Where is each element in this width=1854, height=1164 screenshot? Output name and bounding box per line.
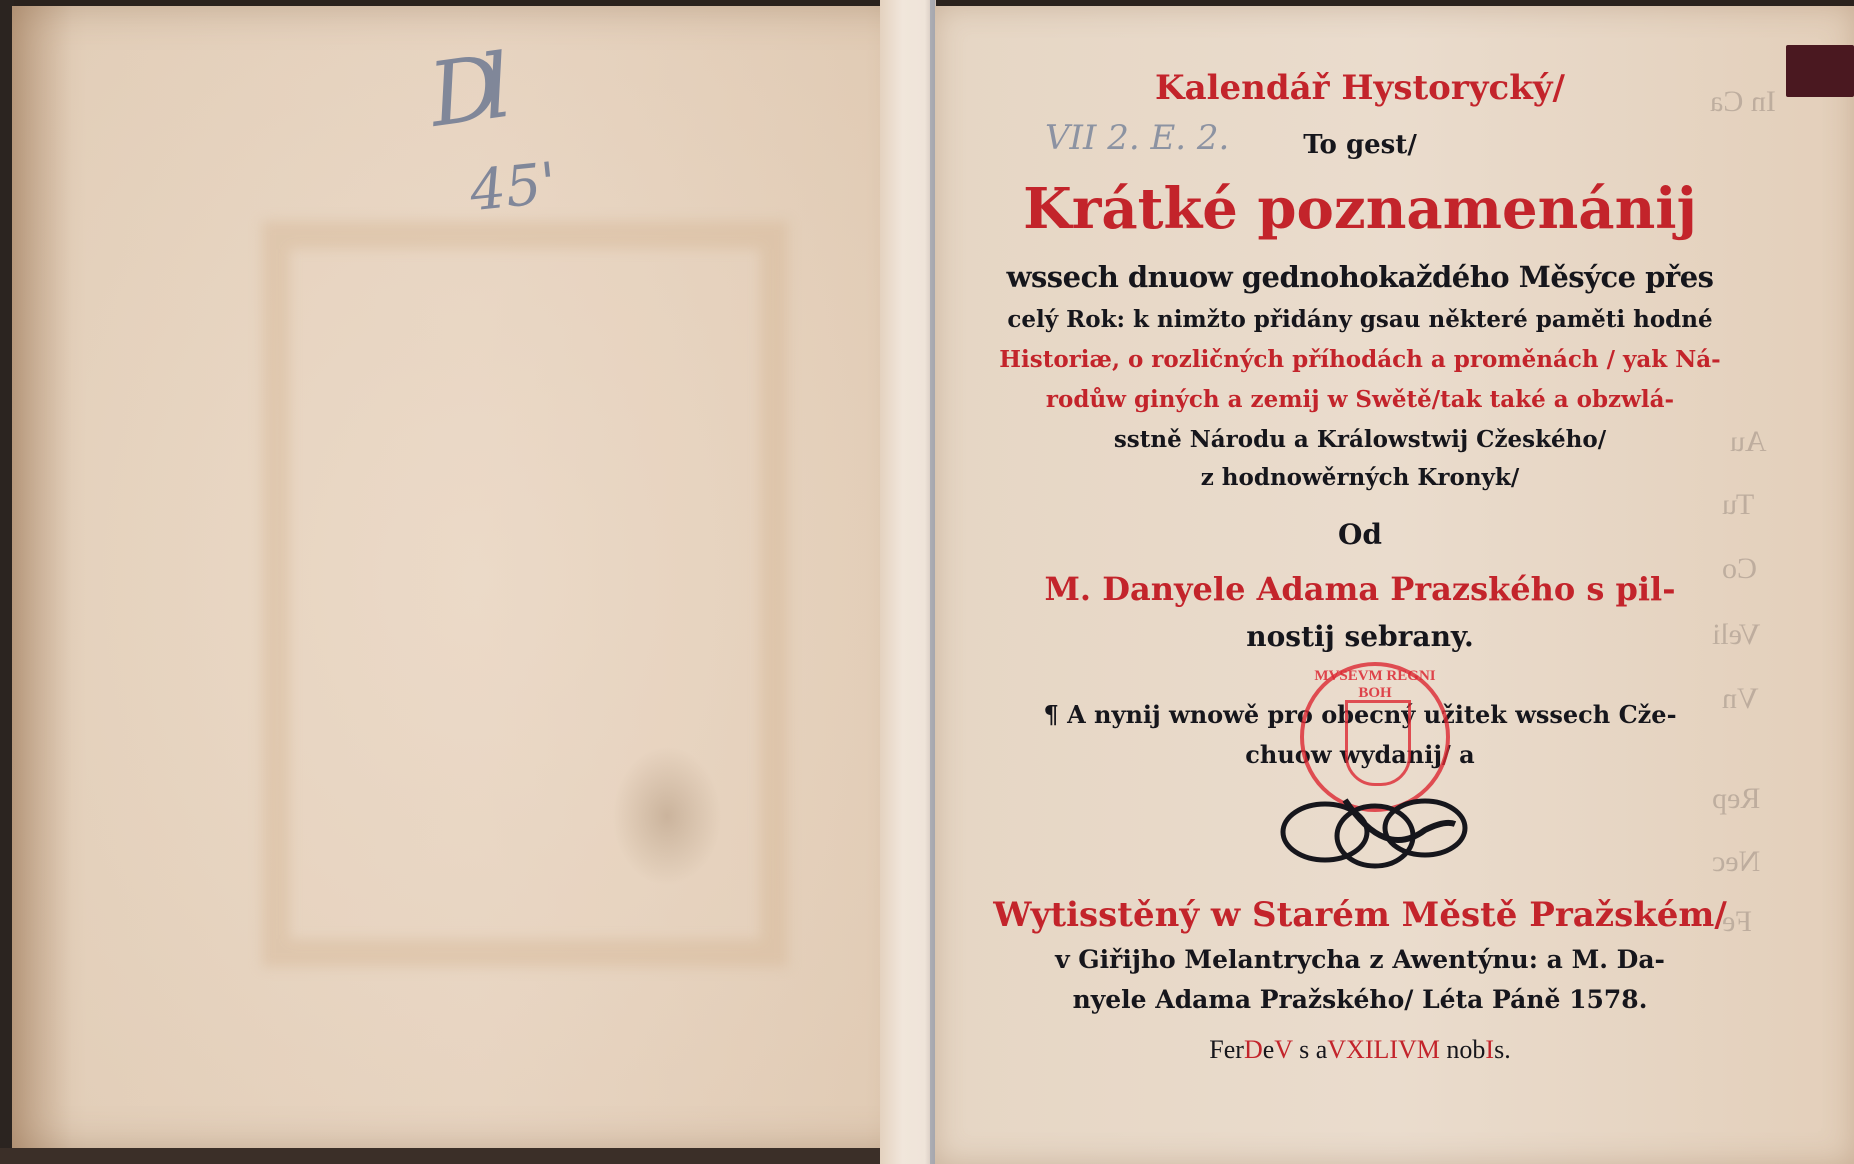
imprint-line-2: v Giřijho Melantrycha z Awentýnu: a M. D…	[960, 945, 1760, 974]
stain-blot	[612, 746, 722, 886]
author-line: M. Danyele Adama Prazského s pil-	[960, 570, 1760, 608]
motto-part: s.	[1494, 1035, 1511, 1064]
imprint-line-1: Wytisstěný w Starém Městě Pražském/	[960, 895, 1760, 935]
title-line-7: rodůw giných a zemij w Swětě/tak také a …	[960, 386, 1760, 413]
title-line-6: Historiæ, o rozličných příhodách a promě…	[960, 346, 1760, 373]
museum-stamp-text: MVSEVM REGNI BOH	[1310, 668, 1440, 702]
title-line-5: celý Rok: k nimžto přidány gsau některé …	[960, 306, 1760, 333]
title-line-od: Od	[960, 518, 1760, 551]
title-line-8: sstně Národu a Králowstwij Cžeského/	[960, 426, 1760, 453]
bleed-through-text: Rep	[1712, 782, 1760, 816]
title-line-4: wssech dnuow gednohokaždého Měsýce přes	[960, 260, 1760, 294]
gutter	[880, 0, 936, 1164]
title-line-to-gest: To gest/	[960, 130, 1760, 160]
bleed-through-text: Nec	[1712, 845, 1760, 879]
book-spread: Dl 45' In Ca Au Tu Co Veli Vn Rep Nec Fe…	[0, 0, 1854, 1164]
motto-part: e	[1263, 1035, 1275, 1064]
motto-part: Fer	[1209, 1035, 1244, 1064]
motto-part: D	[1244, 1035, 1263, 1064]
edge-stain	[12, 6, 72, 1150]
motto-chronogram: FerDeV s aVXILIVM nobIs.	[960, 1035, 1760, 1065]
motto-part: V	[1274, 1035, 1292, 1064]
author-line-2: nostij sebrany.	[960, 620, 1760, 653]
binding-board-bottom	[0, 1148, 940, 1164]
title-line-kratke: Krátké poznamenánij	[960, 176, 1760, 242]
motto-part: I	[1485, 1035, 1494, 1064]
printers-ornament-icon	[1275, 790, 1475, 870]
motto-part: nob	[1440, 1035, 1486, 1064]
title-line-kalendar: Kalendář Hystorycký/	[960, 68, 1760, 108]
coat-of-arms-icon	[1345, 700, 1411, 786]
title-line-9: z hodnowěrných Kronyk/	[960, 464, 1760, 491]
motto-part: VXILIVM	[1327, 1035, 1440, 1064]
bleed-through-text: Tu	[1722, 488, 1754, 522]
leather-tab-marker	[1786, 45, 1854, 97]
pencil-shelfmark-2: 45'	[467, 151, 560, 225]
motto-part: s a	[1293, 1035, 1328, 1064]
imprint-line-3: nyele Adama Pražského/ Léta Páně 1578.	[960, 985, 1760, 1014]
